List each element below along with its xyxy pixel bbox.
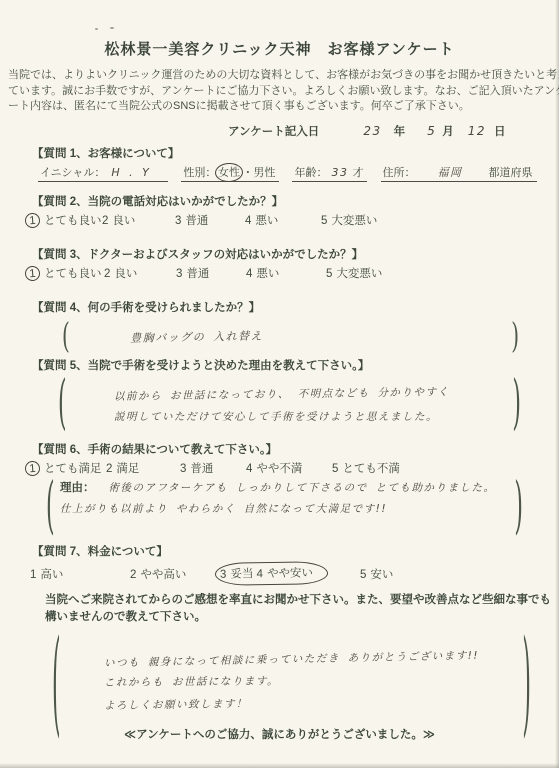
option-label: 妥当: [230, 568, 253, 580]
option: 2良い: [104, 265, 176, 281]
option-label: 満足: [116, 463, 139, 475]
question-4-answer-area: ( 豊胸バッグの 入れ替え ): [62, 315, 519, 355]
option: 5とても不満: [332, 460, 400, 476]
question-7-options: 1高い 2やや高い 3妥当 4やや安い 5安い: [30, 564, 559, 584]
option-num: 4: [246, 463, 252, 475]
intro-line: 当院では、よりよいクリニック運営のための大切な資料として、お客様がお気づきの事を…: [8, 68, 551, 84]
initial-label: イニシャル：: [40, 167, 105, 179]
option-label: やや不満: [256, 463, 302, 475]
option: 3普通: [176, 265, 246, 281]
gender-female-circled: 女性: [215, 162, 244, 182]
option-label: やや安い: [267, 567, 313, 580]
option-selected: 1とても満足: [30, 460, 106, 476]
option-label: 大変悪い: [331, 215, 377, 227]
question-6-header: 【質問 6、手術の結果について教えて下さい。】: [32, 441, 559, 457]
circled-answer-mark: 1: [24, 460, 40, 476]
option: 4悪い: [245, 212, 321, 228]
option-label: 高い: [40, 569, 63, 581]
option: 2良い: [102, 212, 175, 228]
question-6-reason-area: ( 理由： 術後のアフターケアも しっかりして下さるので とても助かりました。 …: [46, 477, 523, 541]
question-6-reason-line: 仕上がりも以前より やわらかく 自然になって大満足です!!: [60, 499, 523, 520]
option-num: 2: [106, 463, 112, 475]
option-label: とても不満: [342, 463, 400, 475]
question-6-reason-line: 術後のアフターケアも しっかりして下さるので とても助かりました。: [109, 478, 496, 499]
gender-field: 性別：女性・男性: [181, 167, 279, 182]
age-value-handwritten: 33: [327, 166, 352, 179]
survey-title: 松林景一美容クリニック天神 お客様アンケート: [0, 0, 559, 59]
survey-date-row: アンケート記入日 23 年 5 月 12 日: [228, 123, 559, 139]
option-num: 3: [175, 215, 181, 227]
gender-separator: ・: [242, 167, 253, 179]
option-num: 2: [130, 569, 136, 581]
age-unit: 才: [352, 167, 363, 179]
scan-edge-shadow: [555, 0, 559, 768]
date-label: アンケート記入日: [228, 123, 319, 139]
option: 3普通: [180, 460, 246, 476]
option-label: とても満足: [44, 463, 102, 475]
question-1-header: 【質問 1、お客様について】: [32, 145, 559, 161]
option-label: 安い: [370, 569, 393, 581]
intro-paragraph: 当院では、よりよいクリニック運営のための大切な資料として、お客様がお気づきの事を…: [8, 68, 551, 115]
scan-speck: [95, 28, 98, 30]
option: 3普通: [175, 212, 245, 228]
option-selected: 1とても良い: [30, 265, 104, 281]
address-label: 住所：: [383, 167, 416, 179]
option: 5大変悪い: [321, 212, 377, 228]
option-label: 普通: [185, 215, 208, 227]
option-num: 3: [180, 463, 186, 475]
question-3-options: 1とても良い 2良い 3普通 4悪い 5大変悪い: [30, 265, 559, 282]
option-num: 3: [220, 569, 227, 581]
option-selected: 4やや安い: [257, 567, 314, 580]
circled-answer-mark: 1: [24, 212, 40, 228]
footer-thanks: ≪アンケートへのご協力、誠にありがとうございました。≫: [0, 726, 559, 742]
option-label: 普通: [186, 268, 209, 280]
date-day-handwritten: 12: [468, 124, 486, 138]
address-field: 住所：福岡都道府県: [381, 167, 537, 182]
date-year-handwritten: 23: [363, 124, 381, 138]
option-label: 悪い: [256, 268, 279, 280]
option-num: 3: [176, 268, 182, 280]
option: 5大変悪い: [326, 265, 382, 281]
date-day-unit: 日: [494, 123, 506, 139]
option-label: とても良い: [44, 215, 102, 227]
option-label: 普通: [190, 463, 213, 475]
option-label: とても良い: [44, 268, 102, 280]
gender-label: 性別：: [183, 167, 216, 179]
option-num: 5: [332, 463, 338, 475]
option-num: 5: [326, 268, 332, 280]
initial-field: イニシャル：H . Y: [38, 167, 168, 182]
question-4-answer-handwritten: 豊胸バッグの 入れ替え: [62, 311, 519, 347]
scan-speck: [110, 27, 114, 29]
free-comment-prompt: 当院へご来院されてからのご感想を率直にお聞かせ下さい。また、要望や改善点など些細…: [45, 592, 549, 626]
option-num: 5: [321, 215, 327, 227]
option-num: 1: [30, 569, 36, 581]
question-5-answer-line: 以前から お世話になっており、 不明点なども 分かりやすく: [114, 380, 521, 409]
circled-answer-mark: 1: [24, 265, 40, 281]
address-value-handwritten: 福岡: [416, 166, 489, 179]
option-selected: 3妥当: [220, 568, 254, 580]
question-3-header: 【質問 3、ドクターおよびスタッフの対応はいかがでしたか？】: [32, 246, 559, 262]
option-num: 4: [246, 268, 252, 280]
question-7-header: 【質問 7、料金について】: [32, 543, 559, 559]
question-6-options: 1とても満足 2満足 3普通 4やや不満 5とても不満: [30, 460, 559, 477]
date-year-unit: 年: [394, 123, 406, 139]
option-num: 5: [360, 569, 366, 581]
date-month-handwritten: 5: [427, 124, 436, 138]
question-5-answer-area: ( 以前から お世話になっており、 不明点なども 分かりやすく 説明していただけ…: [58, 375, 521, 437]
option: 2満足: [106, 460, 180, 476]
option: 1高い: [30, 566, 130, 582]
age-field: 年齢：33才: [292, 167, 367, 182]
option-label: やや高い: [140, 569, 186, 581]
date-month-unit: 月: [442, 123, 454, 139]
question-1-answers: イニシャル：H . Y 性別：女性・男性 年齢：33才 住所：福岡都道府県: [38, 164, 559, 180]
option-num: 2: [104, 268, 110, 280]
option-num: 4: [257, 568, 264, 580]
option-label: 良い: [114, 268, 137, 280]
option-num: 4: [245, 215, 251, 227]
circled-answer-mark-range: 3妥当 4やや安い: [215, 561, 328, 586]
question-2-header: 【質問 2、当院の電話対応はいかがでしたか？】: [32, 193, 559, 209]
option: 4やや不満: [246, 460, 332, 476]
reason-label: 理由：: [60, 479, 95, 495]
question-2-options: 1とても良い 2良い 3普通 4悪い 5大変悪い: [30, 212, 559, 229]
intro-line: ています。誠にお手数ですが、アンケートにご協力下さい。よろしくお願い致します。な…: [8, 84, 551, 100]
age-label: 年齢：: [294, 167, 327, 179]
gender-male: 男性: [253, 167, 275, 179]
initial-value-handwritten: H . Y: [105, 166, 164, 179]
option: 4悪い: [246, 265, 326, 281]
option-label: 悪い: [255, 215, 278, 227]
option-selected: 1とても良い: [30, 212, 102, 228]
address-unit: 都道府県: [489, 167, 533, 179]
option-label: 大変悪い: [336, 268, 382, 280]
option-num: 2: [102, 215, 108, 227]
option: 2やや高い: [130, 566, 215, 582]
question-5-header: 【質問 5、当院で手術を受けようと決めた理由を教えて下さい。】: [32, 357, 559, 373]
intro-line: ート内容は、匿名にて当院公式のSNSに掲載させて頂く事もございます。何卒ご了承下…: [8, 99, 551, 115]
prompt-line: 当院へご来院されてからのご感想を率直にお聞かせ下さい。また、要望や改善点など些細…: [45, 592, 549, 609]
option-label: 良い: [112, 215, 135, 227]
scan-edge-shadow: [0, 763, 559, 768]
scanned-survey-page: 松林景一美容クリニック天神 お客様アンケート 当院では、よりよいクリニック運営の…: [0, 0, 559, 768]
option: 5安い: [360, 566, 393, 582]
question-5-answer-line: 説明していただけて安心して手術を受けようと思えました。: [114, 406, 521, 429]
prompt-line: 構いませんので教えて下さい。: [45, 609, 549, 626]
